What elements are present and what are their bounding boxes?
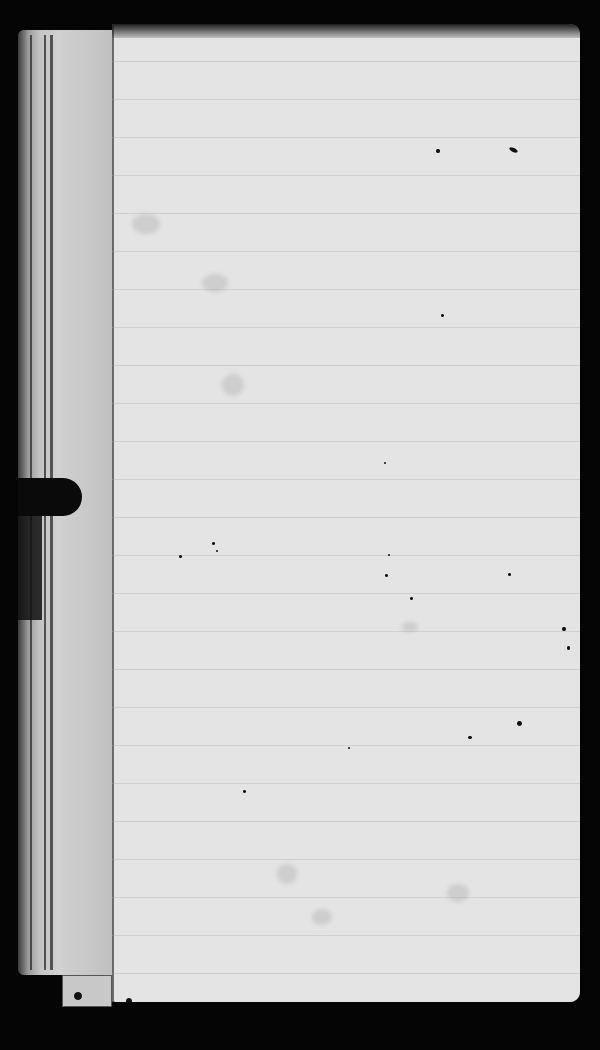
- blank-ledger-page: [112, 24, 580, 1002]
- binding-hole: [74, 992, 82, 1000]
- speck: [410, 597, 413, 600]
- speck: [517, 721, 522, 726]
- speck: [384, 462, 386, 464]
- page-top-edge: [112, 24, 580, 38]
- speck: [508, 573, 511, 576]
- speck: [243, 790, 246, 793]
- speck: [567, 646, 570, 650]
- speck: [126, 998, 132, 1002]
- smudge: [222, 374, 244, 396]
- smudge: [402, 622, 418, 632]
- speck: [212, 542, 215, 545]
- speck: [348, 747, 350, 749]
- smudge: [202, 274, 228, 292]
- smudge: [277, 864, 297, 884]
- book-clasp: [18, 478, 82, 516]
- speck: [179, 555, 182, 558]
- speck: [216, 550, 218, 552]
- speck: [388, 554, 390, 556]
- smudge: [312, 909, 332, 925]
- speck: [468, 736, 472, 739]
- clasp-stem: [18, 500, 42, 620]
- smudge: [447, 884, 469, 902]
- smudge: [132, 214, 160, 234]
- speck: [562, 627, 566, 631]
- speck: [385, 574, 388, 577]
- binding-tab: [62, 975, 112, 1007]
- ruled-lines: [112, 24, 580, 1002]
- speck: [436, 149, 440, 153]
- speck: [441, 314, 444, 317]
